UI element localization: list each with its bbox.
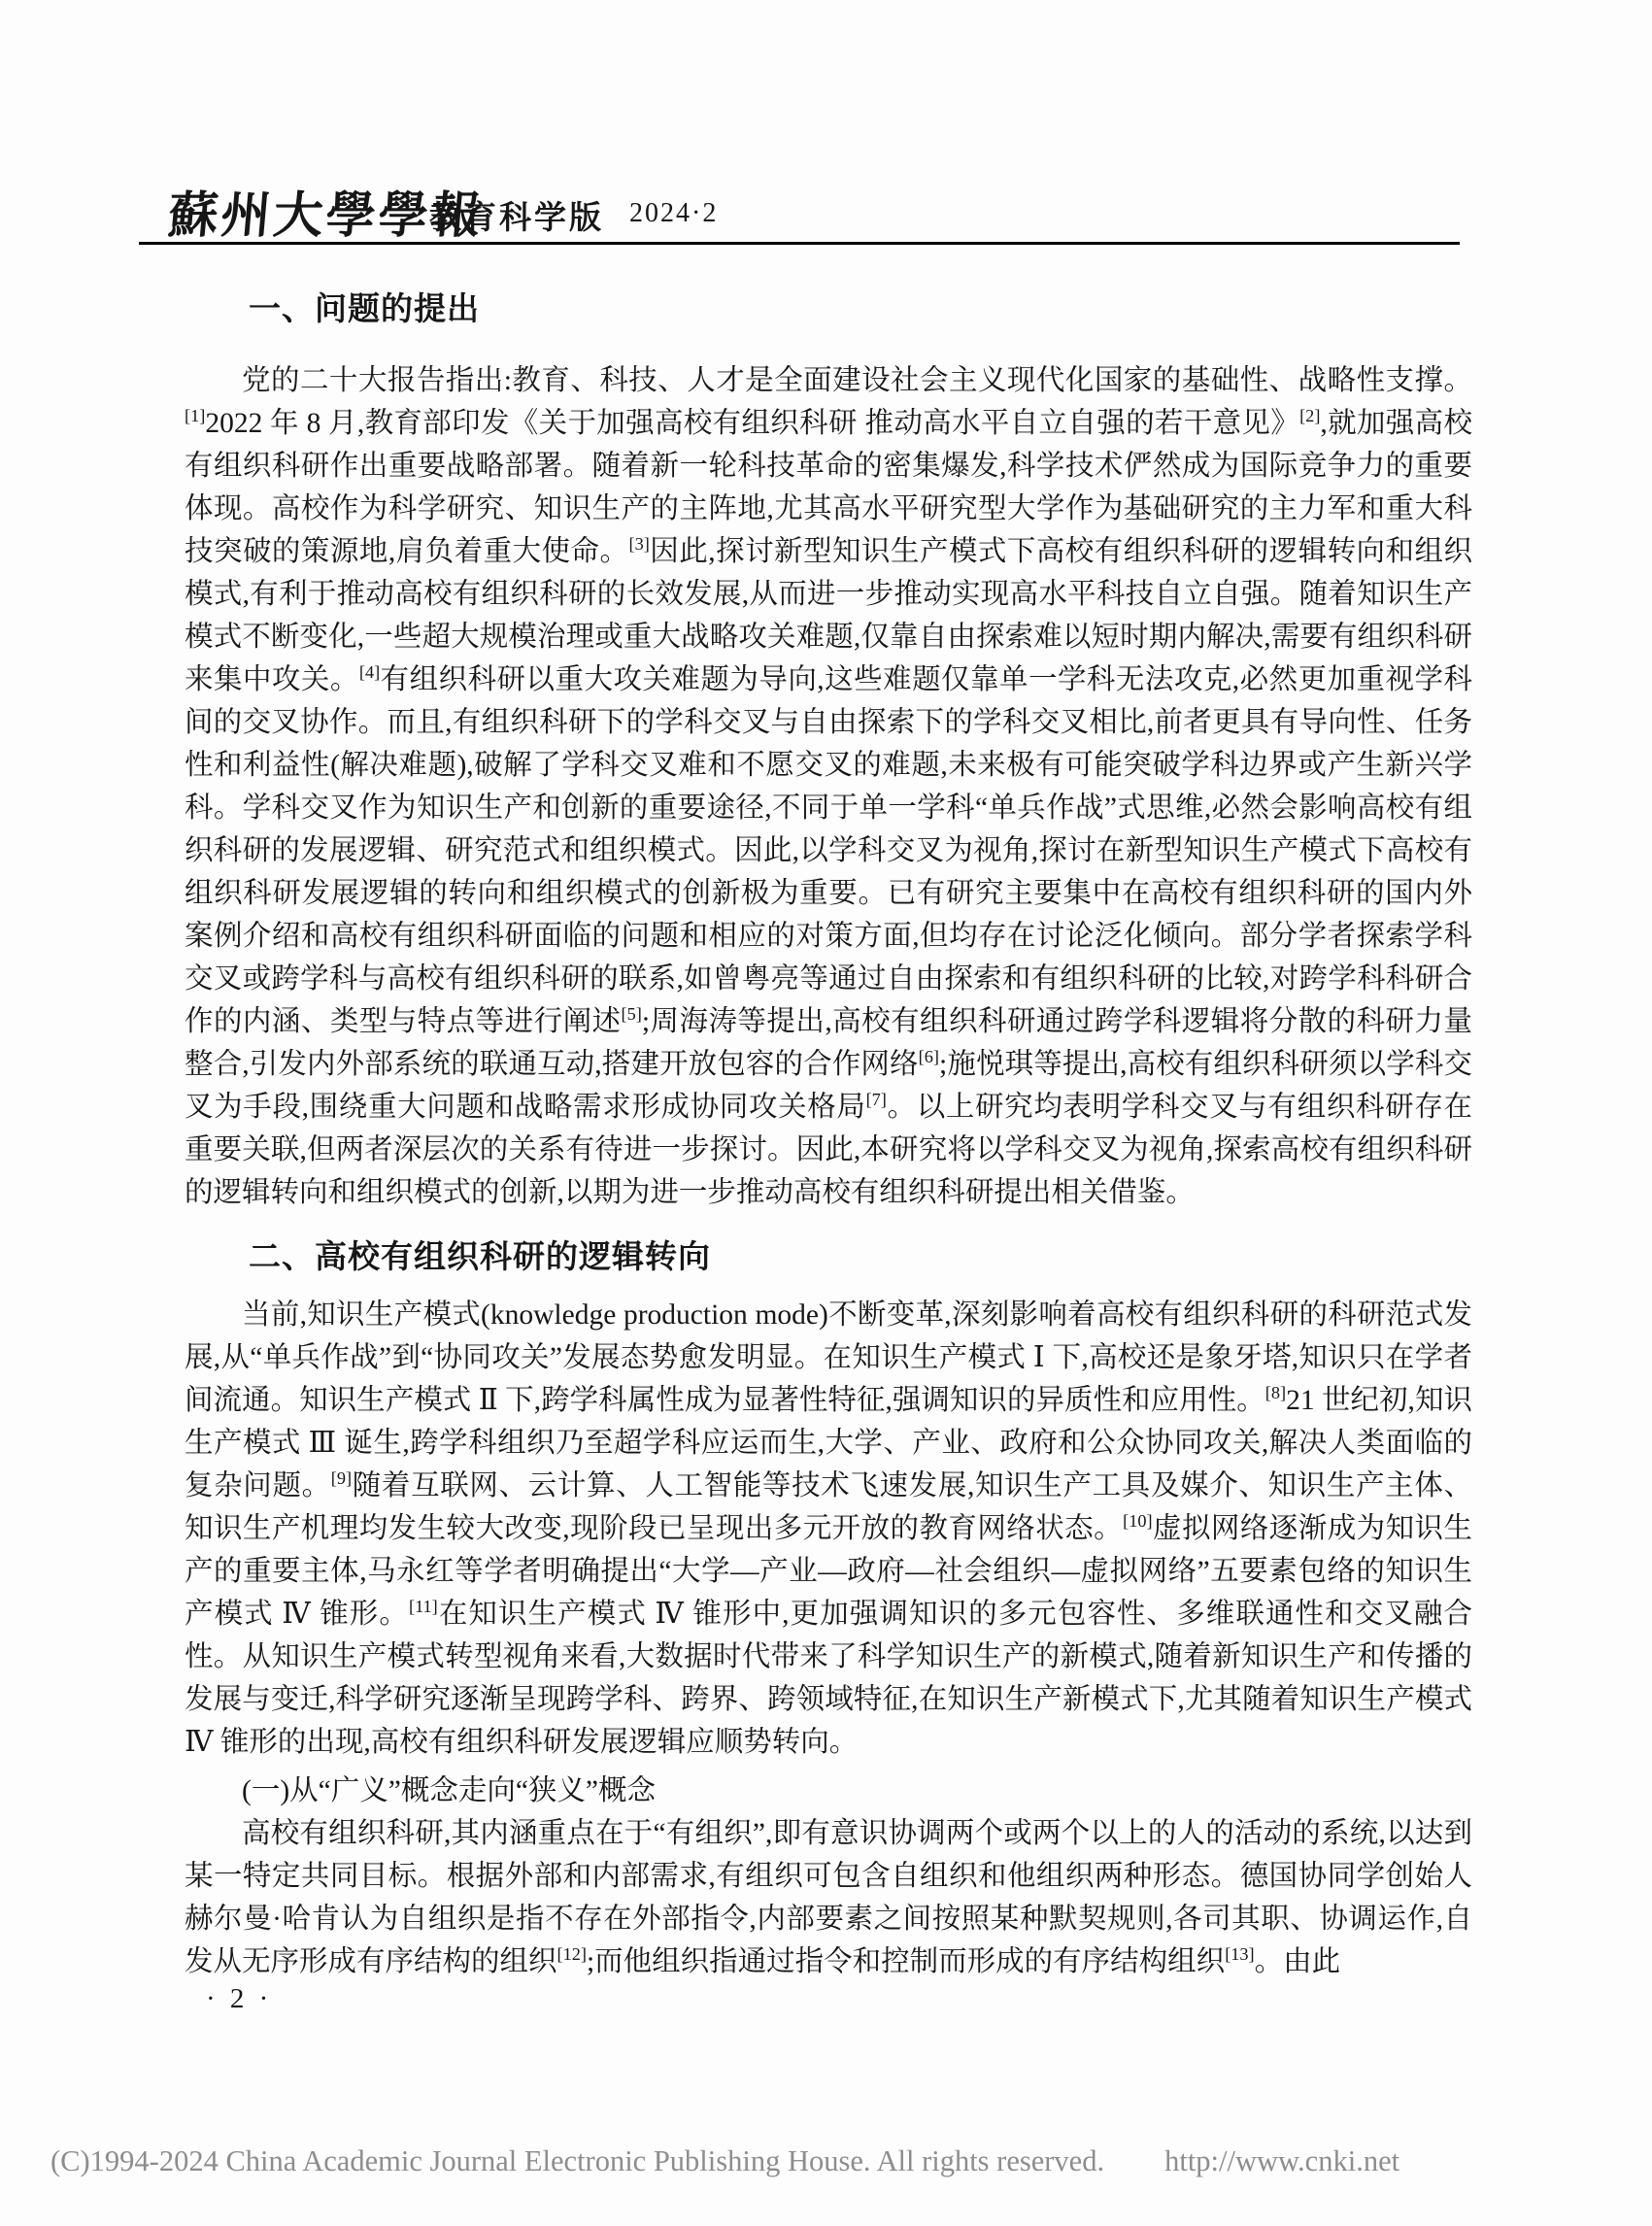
sub-section-heading: (一)从“广义”概念走向“狭义”概念	[185, 1770, 1472, 1812]
citation-ref: [11]	[409, 1597, 438, 1616]
body-paragraph: 高校有组织科研,其内涵重点在于“有组织”,即有意识协调两个或两个以上的人的活动的…	[185, 1812, 1472, 1983]
journal-edition-label: 教育科学版	[429, 192, 604, 238]
citation-ref: [10]	[1123, 1511, 1152, 1531]
header-rule	[139, 242, 1460, 245]
section-heading: 一、问题的提出	[185, 287, 1472, 330]
citation-ref: [2]	[1299, 406, 1320, 425]
citation-ref: [3]	[628, 534, 649, 554]
section-heading: 二、高校有组织科研的逻辑转向	[185, 1235, 1472, 1278]
body-paragraph: 当前,知识生产模式(knowledge production mode)不断变革…	[185, 1294, 1472, 1764]
citation-ref: [5]	[622, 1004, 642, 1024]
citation-ref: [6]	[919, 1047, 939, 1066]
page-number: · 2 ·	[206, 1983, 272, 2015]
copyright-text: (C)1994-2024 China Academic Journal Elec…	[51, 2144, 1104, 2177]
journal-issue-label: 2024·2	[629, 198, 718, 229]
page-footer: (C)1994-2024 China Academic Journal Elec…	[51, 2144, 1604, 2178]
text-run: 2022 年 8 月,教育部印发《关于加强高校有组织科研 推动高水平自立自强的若…	[205, 408, 1299, 439]
citation-ref: [13]	[1225, 1944, 1254, 1964]
citation-ref: [12]	[557, 1944, 587, 1964]
text-run: 。由此	[1255, 1946, 1341, 1977]
article-body: 一、问题的提出党的二十大报告指出:教育、科技、人才是全面建设社会主义现代化国家的…	[185, 287, 1472, 1983]
footer-url: http://www.cnki.net	[1164, 2144, 1399, 2177]
citation-ref: [8]	[1265, 1383, 1286, 1402]
citation-ref: [9]	[331, 1468, 352, 1488]
text-run: 有组织科研以重大攻关难题为导向,这些难题仅靠单一学科无法攻克,必然更加重视学科间…	[185, 664, 1472, 1037]
citation-ref: [7]	[866, 1090, 887, 1109]
body-paragraph: 党的二十大报告指出:教育、科技、人才是全面建设社会主义现代化国家的基础性、战略性…	[185, 359, 1472, 1214]
journal-page: 蘇州大學學報 教育科学版 2024·2 一、问题的提出党的二十大报告指出:教育、…	[0, 0, 1652, 2226]
text-run: ;而他组织指通过指令和控制而形成的有序结构组织	[587, 1946, 1225, 1977]
citation-ref: [1]	[185, 406, 205, 425]
text-run: 党的二十大报告指出:教育、科技、人才是全面建设社会主义现代化国家的基础性、战略性…	[242, 365, 1472, 396]
citation-ref: [4]	[359, 662, 380, 682]
